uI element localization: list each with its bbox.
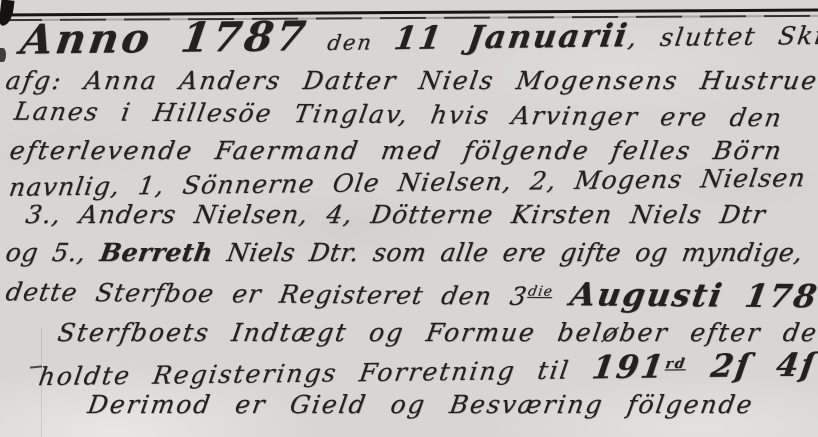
manuscript-line-2: afg: Anna Anders Datter Niels Mogensens …: [4, 66, 818, 95]
ink-mark-left-edge: [0, 48, 6, 62]
line-10-head: holdte Registerings Forretning til: [37, 355, 594, 391]
anno-year-text: Anno 1787: [18, 12, 312, 63]
line-6-text: 3., Anders Nielsen, 4, Dötterne Kirsten …: [24, 200, 768, 229]
line-1-den: den: [305, 30, 395, 55]
line-7-head: og 5.,: [4, 238, 103, 267]
manuscript-page: Anno 1787 den 11 Januarii, sluttet Skift…: [0, 0, 818, 437]
date-text: 11 Januarii: [392, 16, 632, 57]
line-11-text: Derimod er Gield og Besværing fölgende: [86, 390, 756, 419]
manuscript-line-4: efterlevende Faermand med fölgende felle…: [8, 136, 785, 165]
line-2-text: afg: Anna Anders Datter Niels Mogensens …: [4, 66, 818, 95]
manuscript-line-6: 3., Anders Nielsen, 4, Dötterne Kirsten …: [24, 200, 768, 229]
heir-name-berreth: Berreth: [98, 238, 215, 267]
manuscript-line-3: Lanes i Hillesöe Tinglav, hvis Arvinger …: [12, 97, 785, 133]
manuscript-line-8: dette Sterfboe er Registeret den 3die Au…: [3, 270, 818, 315]
ordinal-suffix: die: [527, 284, 555, 300]
ink-smudge-top-left: [0, 0, 15, 27]
amount-mark-skilling: 2ſ 4ſ —: [683, 345, 818, 385]
manuscript-line-9: Sterfboets Indtægt og Formue beløber eft…: [56, 318, 818, 347]
line-9-text: Sterfboets Indtægt og Formue beløber eft…: [56, 318, 818, 347]
manuscript-line-7: og 5., Berreth Niels Dtr. som alle ere g…: [4, 238, 805, 267]
currency-superscript: rd: [664, 356, 687, 372]
line-8-head: dette Sterfboe er Registeret den 3: [4, 277, 530, 311]
line-5-text: navnlig, 1, Sönnerne Ole Nielsen, 2, Mog…: [7, 163, 808, 202]
manuscript-line-5: navnlig, 1, Sönnerne Ole Nielsen, 2, Mog…: [7, 163, 808, 202]
line-4-text: efterlevende Faermand med fölgende felle…: [8, 136, 785, 165]
line-7-tail: Niels Dtr. som alle ere gifte og myndige…: [210, 238, 805, 267]
line-3-text: Lanes i Hillesöe Tinglav, hvis Arvinger …: [12, 97, 785, 133]
manuscript-line-11: Derimod er Gield og Besværing fölgende: [86, 390, 756, 419]
registration-date-text: Augusti 1786.: [568, 275, 818, 315]
manuscript-line-10: holdte Registerings Forretning til 191rd…: [36, 345, 818, 393]
line-1-tail: , sluttet Skifte efter: [626, 19, 818, 52]
amount-rigsdaler: 191: [589, 347, 667, 386]
